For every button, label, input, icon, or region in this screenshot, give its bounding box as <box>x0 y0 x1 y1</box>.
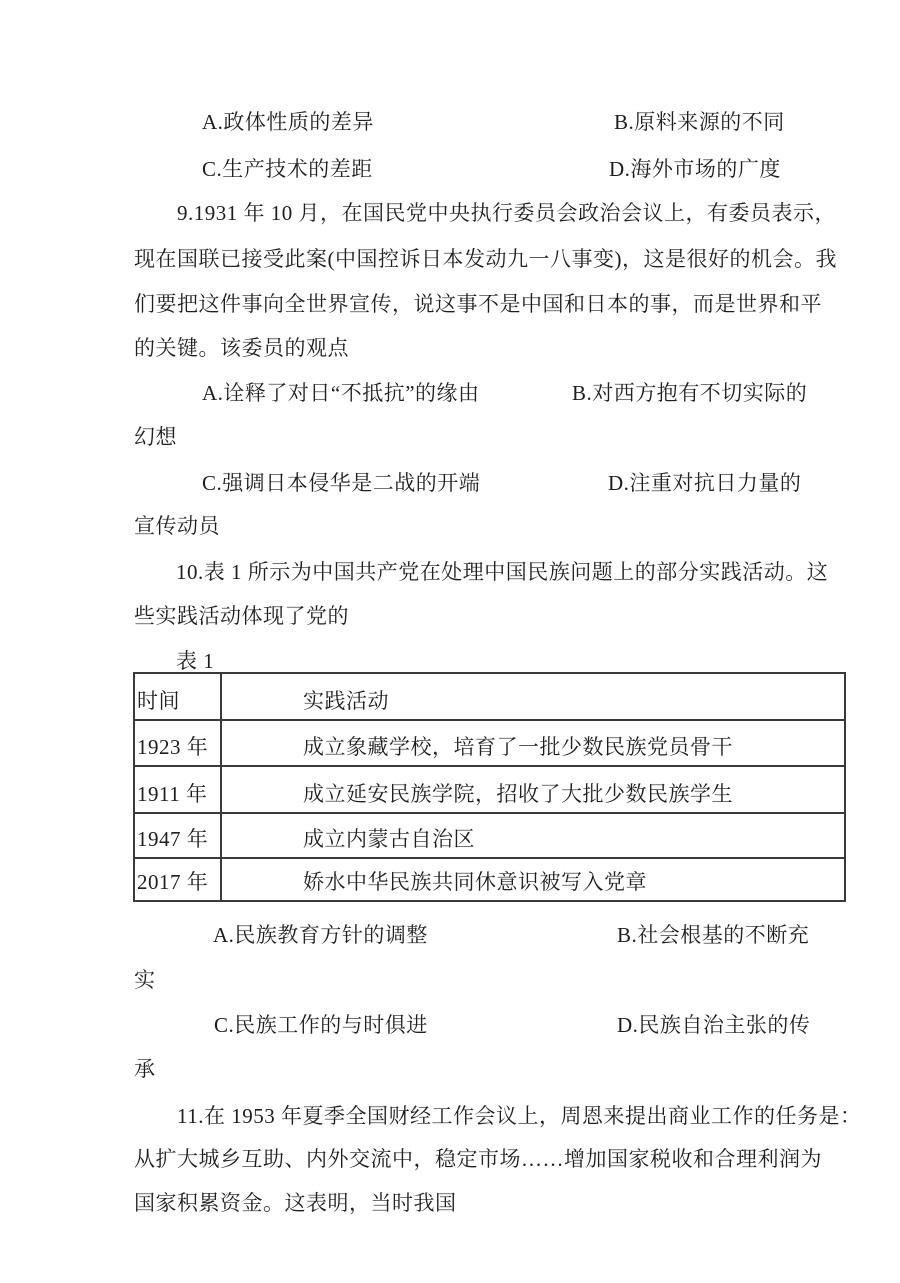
q11-stem-line-1: 11.在 1953 年夏季全国财经工作会议上，周恩来提出商业工作的任务是： <box>177 1105 861 1127</box>
q8-option-c: C.生产技术的差距 <box>202 158 373 180</box>
q9-stem-line-2: 现在国联已接受此案(中国控诉日本发动九一八事变)，这是很好的机会。我 <box>134 248 837 270</box>
table-header-time: 时间 <box>134 673 221 720</box>
q9-option-a: A.诠释了对日“不抵抗”的缘由 <box>202 382 480 404</box>
q10-option-d-continuation: 承 <box>134 1058 156 1080</box>
q9-option-d: D.注重对抗日力量的 <box>608 472 801 494</box>
table-cell-year: 1911 年 <box>134 766 221 813</box>
q9-option-c: C.强调日本侵华是二战的开端 <box>202 472 480 494</box>
q8-option-b: B.原料来源的不同 <box>614 111 785 133</box>
table-cell-year: 1947 年 <box>134 813 221 858</box>
q11-stem-line-2: 从扩大城乡互助、内外交流中，稳定市场……增加国家税收和合理利润为 <box>134 1148 822 1170</box>
q10-stem-line-2: 些实践活动体现了党的 <box>134 605 349 627</box>
table-cell-activity: 成立象藏学校，培育了一批少数民族党员骨干 <box>221 720 845 766</box>
q10-table: 时间 实践活动 1923 年 成立象藏学校，培育了一批少数民族党员骨干 1911… <box>133 672 846 902</box>
q10-stem-line-1: 10.表 1 所示为中国共产党在处理中国民族问题上的部分实践活动。这 <box>176 561 828 583</box>
table-header-row: 时间 实践活动 <box>134 673 845 720</box>
q10-option-a: A.民族教育方针的调整 <box>213 924 428 946</box>
table-cell-activity: 成立延安民族学院，招收了大批少数民族学生 <box>221 766 845 813</box>
q8-option-a: A.政体性质的差异 <box>202 111 374 133</box>
table-cell-activity: 成立内蒙古自治区 <box>221 813 845 858</box>
q10-option-b: B.社会根基的不断充 <box>617 924 809 946</box>
q9-option-b: B.对西方抱有不切实际的 <box>572 382 807 404</box>
q10-table-caption: 表 1 <box>176 650 214 672</box>
table-header-activity: 实践活动 <box>221 673 845 720</box>
table-row: 1923 年 成立象藏学校，培育了一批少数民族党员骨干 <box>134 720 845 766</box>
table-row: 1911 年 成立延安民族学院，招收了大批少数民族学生 <box>134 766 845 813</box>
q10-option-b-continuation: 实 <box>134 969 156 991</box>
table-cell-year: 1923 年 <box>134 720 221 766</box>
q9-stem-line-1: 9.1931 年 10 月，在国民党中央执行委员会政治会议上，有委员表示， <box>177 202 836 224</box>
table-row: 2017 年 娇水中华民族共同休意识被写入党章 <box>134 858 845 901</box>
table-row: 1947 年 成立内蒙古自治区 <box>134 813 845 858</box>
table-cell-year: 2017 年 <box>134 858 221 901</box>
exam-page: A.政体性质的差异 B.原料来源的不同 C.生产技术的差距 D.海外市场的广度 … <box>0 0 900 1283</box>
q9-option-d-continuation: 宣传动员 <box>134 515 220 537</box>
q9-stem-line-3: 们要把这件事向全世界宣传，说这事不是中国和日本的事，而是世界和平 <box>134 293 822 315</box>
table-cell-activity: 娇水中华民族共同休意识被写入党章 <box>221 858 845 901</box>
q10-option-c: C.民族工作的与时俱进 <box>214 1014 428 1036</box>
q11-stem-line-3: 国家积累资金。这表明，当时我国 <box>134 1192 457 1214</box>
q9-stem-line-4: 的关键。该委员的观点 <box>134 337 349 359</box>
q10-option-d: D.民族自治主张的传 <box>617 1014 810 1036</box>
q8-option-d: D.海外市场的广度 <box>609 158 781 180</box>
q9-option-b-continuation: 幻想 <box>134 426 177 448</box>
